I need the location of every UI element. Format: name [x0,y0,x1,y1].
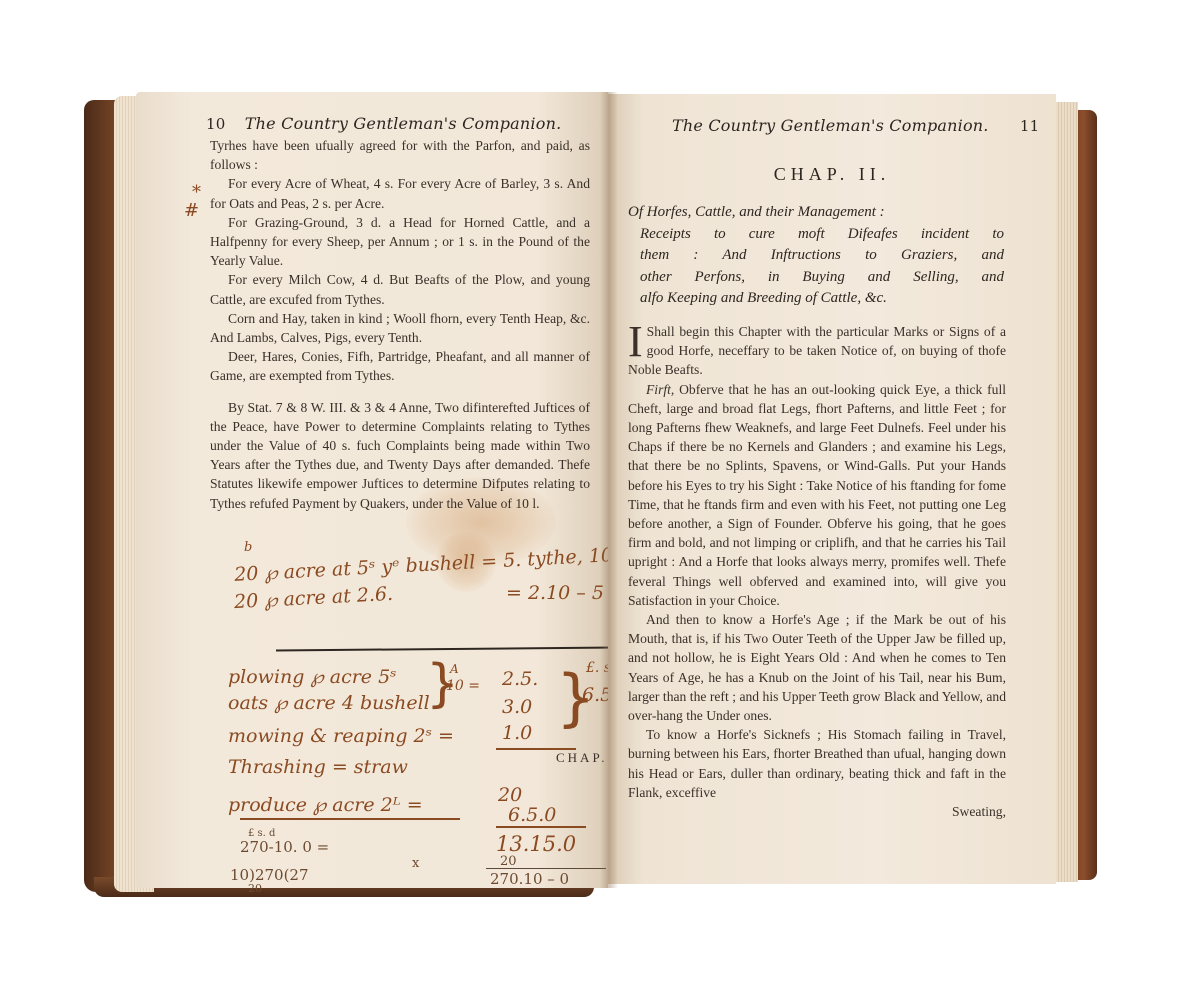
ms-note-line2: 20 ℘ acre at 2.6. [234,583,394,613]
left-page-body: Tyrhes have been ufually agreed for with… [210,136,590,513]
pencil-calc-2-under: 20 [248,882,262,895]
paragraph: For Grazing-Ground, 3 d. a Head for Horn… [210,213,590,271]
subtitle-line: them : And Inftructions to Graziers, and [628,245,1004,267]
chapter-subtitle: Of Horfes, Cattle, and their Management … [628,202,1004,310]
running-head-title: The Country Gentleman's Companion. [672,116,989,135]
pencil-rule [486,868,606,869]
paragraph-text: Obferve that he has an out-looking quick… [628,382,1006,608]
book-gutter [600,92,618,888]
ms-brace-mid: 10 = [446,678,480,694]
right-page-body: IShall begin this Chapter with the parti… [628,322,1006,821]
paragraph: Tyrhes have been ufually agreed for with… [210,136,590,174]
running-head-right: The Country Gentleman's Companion. 11 [672,116,1039,135]
subtitle-line: alfo Keeping and Breeding of Cattle, &c. [628,288,1004,310]
right-page: The Country Gentleman's Companion. 11 CH… [608,94,1056,884]
ms-underline [496,826,586,828]
ms-brace-super: A [450,662,459,676]
ms-calc-plowing: plowing ℘ acre 5ˢ [228,666,397,688]
running-head-title: The Country Gentleman's Companion. [245,114,562,133]
paragraph: Firft, Obferve that he has an out-lookin… [628,380,1006,610]
ms-underline [240,818,460,820]
ms-produce-value: 6.5.0 [508,804,556,826]
paragraph: For every Milch Cow, 4 d. But Beafts of … [210,270,590,308]
ms-calc-mowing: mowing & reaping 2ˢ = [228,725,454,747]
ms-value-plowing: 2.5. [502,668,538,690]
paragraph: Corn and Hay, taken in kind ; Wooll fhor… [210,309,590,347]
subtitle-line: Of Horfes, Cattle, and their Management … [628,202,1004,224]
ms-note-line2-total: = 2.10 – 5 [506,582,604,604]
paragraph: And then to know a Horfe's Age ; if the … [628,610,1006,725]
page-number: 11 [1020,117,1040,135]
pencil-calc-1: 270-10. 0 = [240,838,329,856]
subtitle-line: other Perfons, in Buying and Selling, an… [628,267,1004,289]
ms-value-oats: 3.0 [502,696,532,718]
paragraph: To know a Horfe's Sicknefs ; His Stomach… [628,725,1006,802]
ms-produce: produce ℘ acre 2ᴸ = [228,794,423,816]
left-page: 10 The Country Gentleman's Companion. * … [136,92,608,888]
ms-value-mowing: 1.0 [502,722,532,744]
paragraph: By Stat. 7 & 8 W. III. & 3 & 4 Anne, Two… [210,398,590,513]
margin-hash: # [184,200,199,221]
running-head-left: 10 The Country Gentleman's Companion. [206,114,561,133]
paragraph: Deer, Hares, Conies, Fifh, Partridge, Ph… [210,347,590,385]
paragraph-text: Shall begin this Chapter with the partic… [628,324,1006,377]
ms-multiplier: 20 [500,854,517,869]
pencil-calc-2: 10)270(27 [230,866,309,884]
open-book: 10 The Country Gentleman's Companion. * … [84,92,1098,900]
ms-produce-result: 13.15.0 [496,832,576,856]
ms-produce-20: 20 [498,784,522,806]
page-number: 10 [206,115,226,133]
chapter-heading: CHAP. II. [608,164,1056,185]
catchword-sweating: Sweating, [628,802,1006,821]
ms-calc-thrashing: Thrashing = straw [228,756,408,778]
ms-grand-total: 270.10 – 0 [490,870,569,888]
ink-rule [276,647,616,652]
pencil-x: x [412,856,419,871]
paragraph-lead: Firft, [646,382,674,397]
subtitle-line: Receipts to cure moft Difeafes incident … [628,224,1004,246]
drop-cap: I [628,324,643,360]
ms-calc-oats: oats ℘ acre 4 bushell [228,692,430,714]
ms-note-b: b [244,540,252,555]
paragraph: IShall begin this Chapter with the parti… [628,322,1006,380]
paragraph: For every Acre of Wheat, 4 s. For every … [210,174,590,212]
